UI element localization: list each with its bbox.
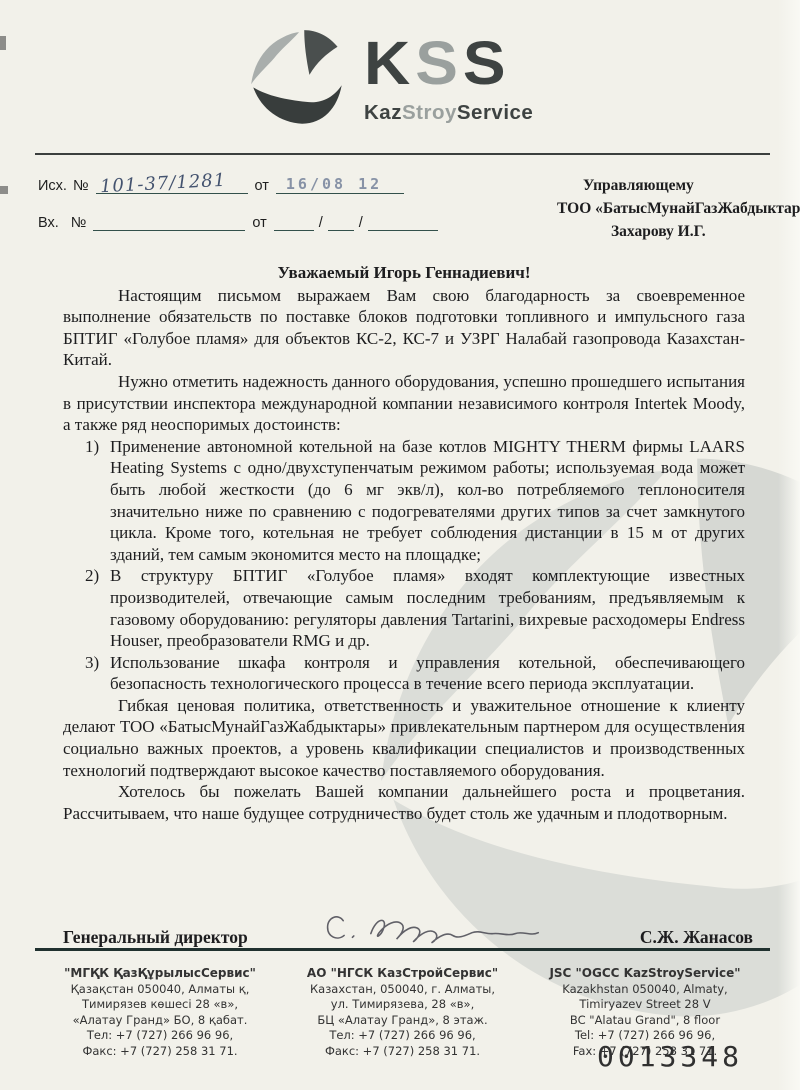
document-stamp-number: 0013348	[545, 1040, 795, 1073]
recipient-company: ТОО «БатысМунайГазЖабдыктары»	[557, 197, 792, 220]
globe-logo-icon	[246, 26, 350, 132]
incoming-label: Вх.	[38, 215, 59, 231]
footer-line: Казахстан, 050040, г. Алматы,	[285, 982, 520, 998]
scanned-letter-page: KSS KazStroyService Исх. № 101-37/1281 о…	[0, 0, 800, 1090]
salutation: Уважаемый Игорь Геннадиевич!	[63, 262, 745, 284]
list-item-text: Применение автономной котельной на базе …	[110, 437, 745, 564]
footer-line: АО "НГСК КазСтройСервис"	[285, 966, 520, 982]
footer-line: Timiryazev Street 28 V	[520, 997, 770, 1013]
incoming-date-blank-year	[368, 210, 438, 231]
outgoing-ref-row: Исх. № 101-37/1281 от 16/08 12	[38, 170, 468, 194]
header-divider	[35, 153, 770, 155]
outgoing-label: Исх.	[38, 178, 67, 194]
incoming-number-blank	[93, 210, 245, 231]
recipient-block: Управляющему ТОО «БатысМунайГазЖабдыктар…	[557, 174, 792, 243]
footer-line: Факс: +7 (727) 258 31 71.	[35, 1044, 285, 1060]
outgoing-date-label: от	[255, 178, 269, 194]
footer-column-kazakh: "МГҚК ҚазҚұрылысСервис" Қазақстан 050040…	[35, 966, 285, 1059]
scan-speck	[0, 36, 6, 50]
signature-row: Генеральный директор С.Ж. Жанасов	[63, 906, 753, 952]
footer-line: «Алатау Гранд» БО, 8 қабат.	[35, 1013, 285, 1029]
reference-block: Исх. № 101-37/1281 от 16/08 12 Вх. № от …	[38, 170, 468, 231]
list-item-marker: 3)	[85, 652, 99, 674]
outgoing-number-blank: 101-37/1281	[96, 173, 248, 194]
list-item: 2) В структуру БПТИГ «Голубое пламя» вхо…	[63, 565, 745, 651]
list-item-marker: 1)	[85, 436, 99, 458]
signature-scribble-icon	[311, 906, 576, 952]
incoming-date-blank-day	[274, 210, 314, 231]
advantages-list: 1) Применение автономной котельной на ба…	[63, 436, 745, 695]
footer-divider	[35, 948, 770, 951]
footer-line: BC "Alatau Grand", 8 floor	[520, 1013, 770, 1029]
footer-line: JSC "OGCC KazStroyService"	[520, 966, 770, 982]
footer-line: ул. Тимирязева, 28 «в»,	[285, 997, 520, 1013]
footer-line: Тел: +7 (727) 266 96 96,	[285, 1028, 520, 1044]
list-item: 1) Применение автономной котельной на ба…	[63, 436, 745, 566]
paragraph: Гибкая ценовая политика, ответственность…	[63, 695, 745, 781]
date-separator: /	[359, 215, 363, 231]
footer-line: БЦ «Алатау Гранд», 8 этаж.	[285, 1013, 520, 1029]
incoming-ref-row: Вх. № от //	[38, 207, 468, 231]
company-logo: KSS KazStroyService	[246, 26, 533, 132]
logo-acronym: KSS	[364, 27, 533, 98]
recipient-name: Захарову И.Г.	[557, 220, 792, 243]
incoming-number-sign: №	[71, 215, 87, 231]
list-item-text: Использование шкафа контроля и управлени…	[110, 653, 745, 694]
footer-line: Kazakhstan 050040, Almaty,	[520, 982, 770, 998]
outgoing-date-blank: 16/08 12	[276, 173, 404, 194]
footer-line: Тел: +7 (727) 266 96 96,	[35, 1028, 285, 1044]
date-separator: /	[319, 215, 323, 231]
stamped-outgoing-date: 16/08 12	[286, 175, 382, 193]
footer-column-russian: АО "НГСК КазСтройСервис" Казахстан, 0500…	[285, 966, 520, 1059]
incoming-date-blank-month	[328, 210, 354, 231]
letter-body: Уважаемый Игорь Геннадиевич! Настоящим п…	[63, 262, 745, 824]
outgoing-number-sign: №	[73, 178, 89, 194]
footer-line: Тимирязев көшесі 28 «в»,	[35, 997, 285, 1013]
incoming-date-label: от	[252, 215, 266, 231]
logo-wordmark: KazStroyService	[364, 102, 533, 124]
footer-line: "МГҚК ҚазҚұрылысСервис"	[35, 966, 285, 982]
footer-line: Қазақстан 050040, Алматы қ,	[35, 982, 285, 998]
paragraph: Хотелось бы пожелать Вашей компании даль…	[63, 781, 745, 824]
paragraph: Нужно отметить надежность данного оборуд…	[63, 371, 745, 436]
handwritten-outgoing-number: 101-37/1281	[99, 170, 226, 198]
paragraph: Настоящим письмом выражаем Вам свою благ…	[63, 285, 745, 371]
list-item-text: В структуру БПТИГ «Голубое пламя» входят…	[110, 566, 745, 650]
list-item: 3) Использование шкафа контроля и управл…	[63, 652, 745, 695]
recipient-position: Управляющему	[557, 174, 792, 197]
list-item-marker: 2)	[85, 565, 99, 587]
footer-line: Факс: +7 (727) 258 31 71.	[285, 1044, 520, 1060]
logo-text: KSS KazStroyService	[364, 26, 533, 124]
scan-speck	[0, 186, 8, 194]
